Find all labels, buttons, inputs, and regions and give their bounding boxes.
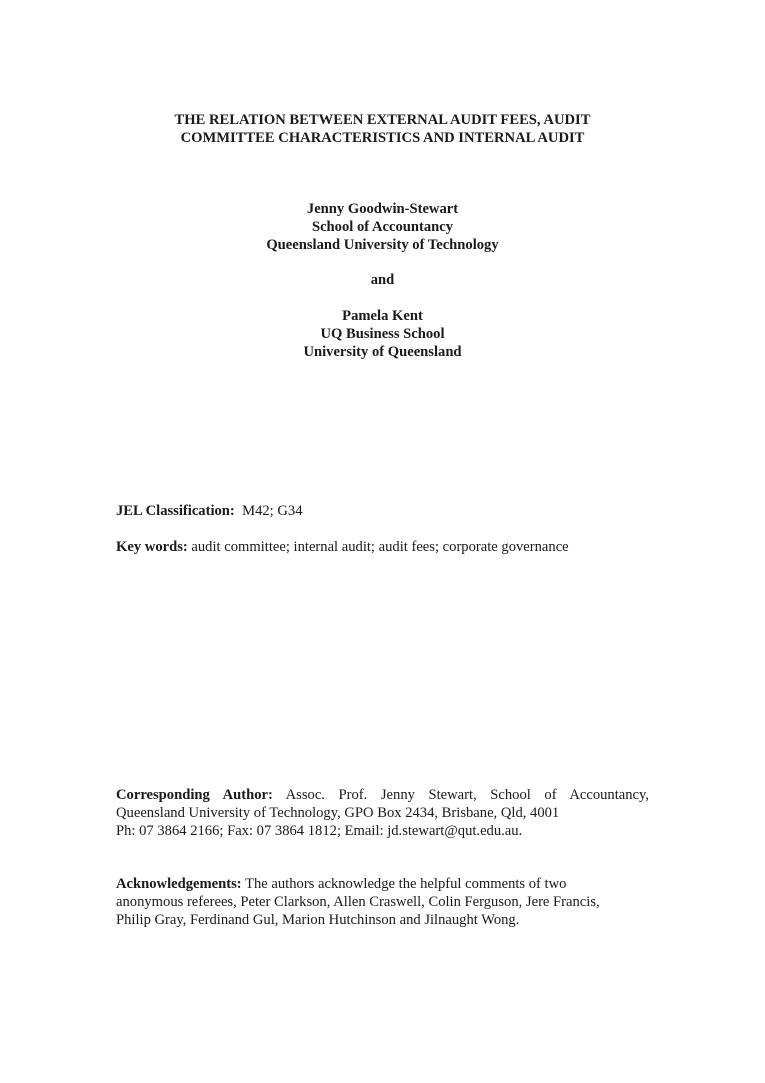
author-2: Pamela Kent UQ Business School Universit… bbox=[0, 307, 765, 361]
jel-classification: JEL Classification: M42; G34 bbox=[116, 502, 649, 520]
corresponding-line-3: Ph: 07 3864 2166; Fax: 07 3864 1812; Ema… bbox=[116, 822, 649, 840]
jel-label: JEL Classification: bbox=[116, 503, 235, 519]
author-institution: University of Queensland bbox=[0, 343, 765, 361]
paper-title: THE RELATION BETWEEN EXTERNAL AUDIT FEES… bbox=[0, 111, 765, 147]
corresponding-author: Corresponding Author: Assoc. Prof. Jenny… bbox=[116, 786, 649, 840]
jel-value: M42; G34 bbox=[242, 503, 302, 519]
author-institution: Queensland University of Technology bbox=[0, 236, 765, 254]
ack-label: Acknowledgements: bbox=[116, 876, 242, 892]
ack-line-1: Acknowledgements: The authors acknowledg… bbox=[116, 875, 649, 893]
corresponding-label: Corresponding Author: bbox=[116, 787, 273, 803]
ack-text-1: The authors acknowledge the helpful comm… bbox=[245, 876, 566, 892]
acknowledgements: Acknowledgements: The authors acknowledg… bbox=[116, 875, 649, 929]
author-school: UQ Business School bbox=[0, 325, 765, 343]
author-name: Pamela Kent bbox=[0, 307, 765, 325]
corresponding-line-2: Queensland University of Technology, GPO… bbox=[116, 804, 649, 822]
ack-line-3: Philip Gray, Ferdinand Gul, Marion Hutch… bbox=[116, 911, 649, 929]
title-line-1: THE RELATION BETWEEN EXTERNAL AUDIT FEES… bbox=[0, 111, 765, 129]
author-1: Jenny Goodwin-Stewart School of Accounta… bbox=[0, 200, 765, 254]
author-conjunction: and bbox=[0, 271, 765, 289]
title-line-2: COMMITTEE CHARACTERISTICS AND INTERNAL A… bbox=[0, 129, 765, 147]
ack-line-2: anonymous referees, Peter Clarkson, Alle… bbox=[116, 893, 649, 911]
corresponding-text-1: Assoc. Prof. Jenny Stewart, School of Ac… bbox=[286, 787, 649, 803]
keywords-value: audit committee; internal audit; audit f… bbox=[191, 539, 568, 555]
author-school: School of Accountancy bbox=[0, 218, 765, 236]
conjunction-text: and bbox=[0, 271, 765, 289]
author-name: Jenny Goodwin-Stewart bbox=[0, 200, 765, 218]
keywords-label: Key words: bbox=[116, 539, 188, 555]
corresponding-line-1: Corresponding Author: Assoc. Prof. Jenny… bbox=[116, 786, 649, 804]
keywords: Key words: audit committee; internal aud… bbox=[116, 538, 649, 556]
